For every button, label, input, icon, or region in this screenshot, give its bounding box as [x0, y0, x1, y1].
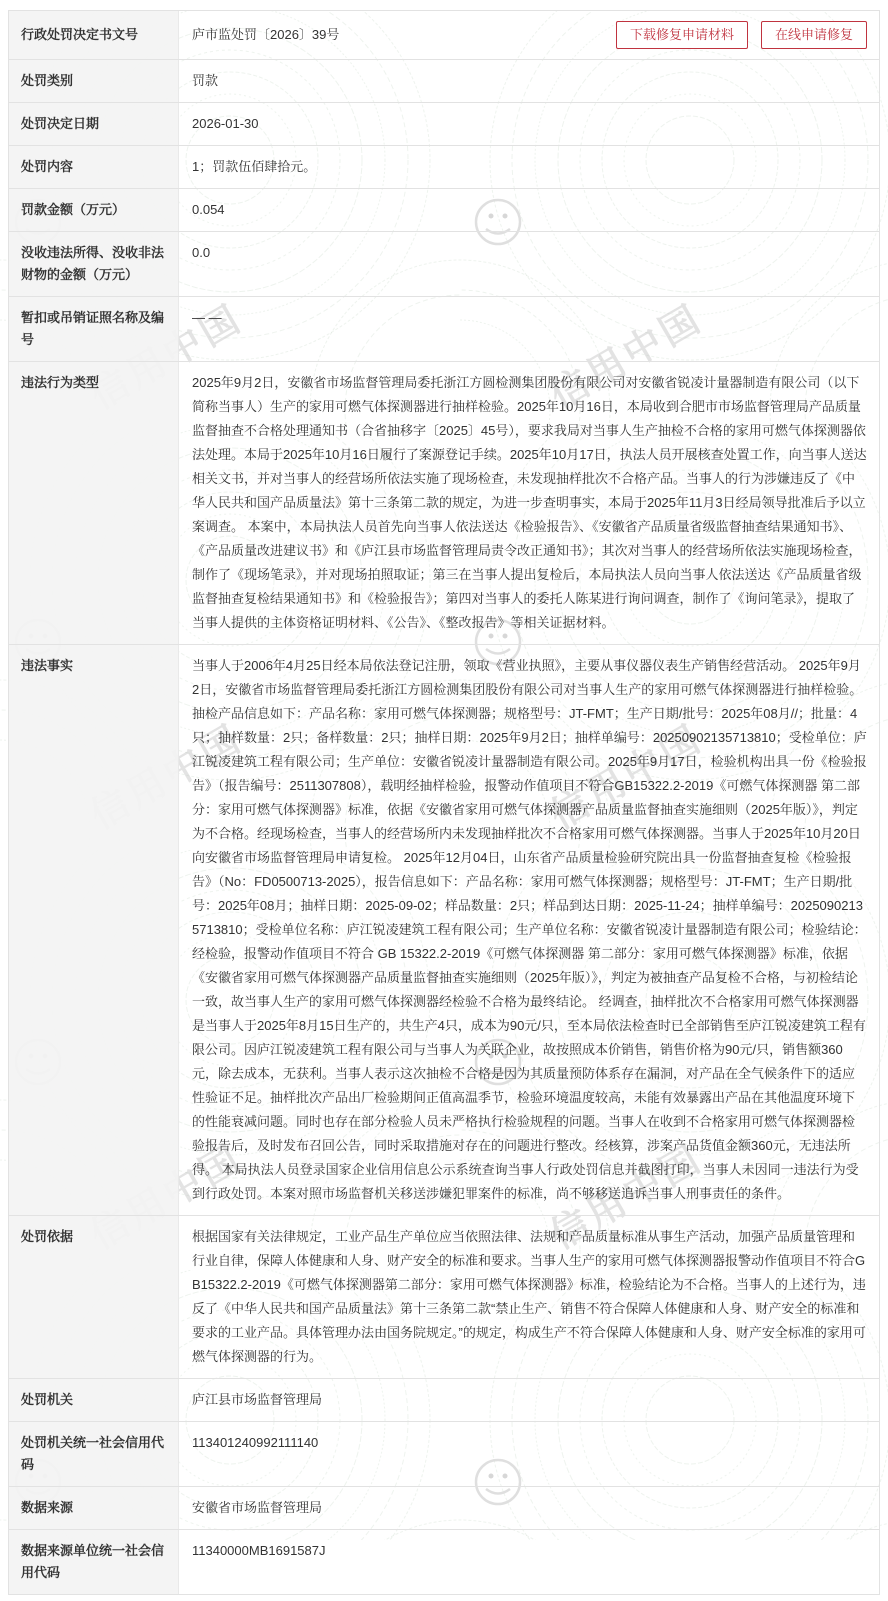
- row-value-text: — —: [192, 307, 222, 329]
- row-value: 庐江县市场监督管理局: [179, 1379, 879, 1421]
- row-value: 113401240992111140: [179, 1422, 879, 1486]
- row-value-text: 安徽省市场监督管理局: [192, 1497, 322, 1519]
- row-value: 0.054: [179, 189, 879, 231]
- row-authority-credit-code: 处罚机关统一社会信用代码 113401240992111140: [9, 1422, 879, 1487]
- row-value: 根据国家有关法律规定，工业产品生产单位应当依照法律、法规和产品质量标准从事生产活…: [179, 1216, 879, 1378]
- download-repair-materials-button[interactable]: 下载修复申请材料: [616, 21, 748, 49]
- decision-number-text: 庐市监处罚〔2026〕39号: [192, 24, 339, 46]
- row-license-revocation: 暂扣或吊销证照名称及编号 — —: [9, 297, 879, 362]
- row-label-text: 行政处罚决定书文号: [21, 24, 138, 46]
- row-label: 处罚内容: [9, 146, 179, 188]
- row-label: 违法行为类型: [9, 362, 179, 644]
- row-label: 数据来源: [9, 1487, 179, 1529]
- row-label-text: 违法行为类型: [21, 372, 99, 394]
- row-value: 罚款: [179, 60, 879, 102]
- row-label-text: 违法事实: [21, 655, 73, 677]
- violation-facts-text: 当事人于2006年4月25日经本局依法登记注册，领取《营业执照》，主要从事仪器仪…: [192, 654, 867, 1206]
- row-label: 处罚机关: [9, 1379, 179, 1421]
- row-penalty-basis: 处罚依据 根据国家有关法律规定，工业产品生产单位应当依照法律、法规和产品质量标准…: [9, 1216, 879, 1379]
- row-value-text: 庐江县市场监督管理局: [192, 1389, 322, 1411]
- row-label-text: 处罚机关: [21, 1389, 73, 1411]
- row-value: — —: [179, 297, 879, 361]
- row-fine-amount: 罚款金额（万元） 0.054: [9, 189, 879, 232]
- row-label: 行政处罚决定书文号: [9, 11, 179, 59]
- row-label: 处罚机关统一社会信用代码: [9, 1422, 179, 1486]
- row-confiscation-amount: 没收违法所得、没收非法财物的金额（万元） 0.0: [9, 232, 879, 297]
- penalty-detail-table: 行政处罚决定书文号 庐市监处罚〔2026〕39号 下载修复申请材料 在线申请修复…: [8, 10, 880, 1595]
- repair-actions: 下载修复申请材料 在线申请修复: [616, 21, 867, 49]
- row-value: 1；罚款伍佰肆拾元。: [179, 146, 879, 188]
- row-value: 11340000MB1691587J: [179, 1530, 879, 1594]
- row-label-text: 数据来源: [21, 1497, 73, 1519]
- row-label: 处罚决定日期: [9, 103, 179, 145]
- penalty-basis-text: 根据国家有关法律规定，工业产品生产单位应当依照法律、法规和产品质量标准从事生产活…: [192, 1225, 867, 1369]
- row-value: 庐市监处罚〔2026〕39号 下载修复申请材料 在线申请修复: [179, 11, 879, 59]
- row-label-text: 处罚机关统一社会信用代码: [21, 1432, 168, 1476]
- row-data-source-credit-code: 数据来源单位统一社会信用代码 11340000MB1691587J: [9, 1530, 879, 1594]
- row-value-text: 0.0: [192, 242, 210, 264]
- row-value-text: 0.054: [192, 199, 225, 221]
- row-label: 罚款金额（万元）: [9, 189, 179, 231]
- online-repair-apply-button[interactable]: 在线申请修复: [761, 21, 867, 49]
- row-label-text: 处罚内容: [21, 156, 73, 178]
- row-label-text: 处罚决定日期: [21, 113, 99, 135]
- row-value-text: 1；罚款伍佰肆拾元。: [192, 156, 316, 178]
- row-data-source: 数据来源 安徽省市场监督管理局: [9, 1487, 879, 1530]
- row-decision-date: 处罚决定日期 2026-01-30: [9, 103, 879, 146]
- row-label: 暂扣或吊销证照名称及编号: [9, 297, 179, 361]
- row-label-text: 罚款金额（万元）: [21, 199, 125, 221]
- row-label-text: 暂扣或吊销证照名称及编号: [21, 307, 168, 351]
- row-label: 处罚类别: [9, 60, 179, 102]
- row-value-text: 2026-01-30: [192, 113, 259, 135]
- row-value: 2026-01-30: [179, 103, 879, 145]
- row-value-text: 罚款: [192, 70, 218, 92]
- row-label: 处罚依据: [9, 1216, 179, 1378]
- row-value: 0.0: [179, 232, 879, 296]
- row-value: 当事人于2006年4月25日经本局依法登记注册，领取《营业执照》，主要从事仪器仪…: [179, 645, 879, 1215]
- row-label: 没收违法所得、没收非法财物的金额（万元）: [9, 232, 179, 296]
- row-value-text: 11340000MB1691587J: [192, 1540, 326, 1562]
- row-penalty-authority: 处罚机关 庐江县市场监督管理局: [9, 1379, 879, 1422]
- row-label-text: 处罚类别: [21, 70, 73, 92]
- row-label-text: 数据来源单位统一社会信用代码: [21, 1540, 168, 1584]
- row-value: 安徽省市场监督管理局: [179, 1487, 879, 1529]
- row-decision-number: 行政处罚决定书文号 庐市监处罚〔2026〕39号 下载修复申请材料 在线申请修复: [9, 11, 879, 60]
- row-label-text: 没收违法所得、没收非法财物的金额（万元）: [21, 242, 168, 286]
- row-label: 违法事实: [9, 645, 179, 1215]
- row-penalty-content: 处罚内容 1；罚款伍佰肆拾元。: [9, 146, 879, 189]
- row-value: 2025年9月2日，安徽省市场监督管理局委托浙江方圆检测集团股份有限公司对安徽省…: [179, 362, 879, 644]
- row-label: 数据来源单位统一社会信用代码: [9, 1530, 179, 1594]
- row-value-text: 113401240992111140: [192, 1432, 318, 1454]
- row-label-text: 处罚依据: [21, 1226, 73, 1248]
- row-violation-facts: 违法事实 当事人于2006年4月25日经本局依法登记注册，领取《营业执照》，主要…: [9, 645, 879, 1216]
- violation-type-text: 2025年9月2日，安徽省市场监督管理局委托浙江方圆检测集团股份有限公司对安徽省…: [192, 371, 867, 635]
- row-penalty-category: 处罚类别 罚款: [9, 60, 879, 103]
- row-violation-type: 违法行为类型 2025年9月2日，安徽省市场监督管理局委托浙江方圆检测集团股份有…: [9, 362, 879, 645]
